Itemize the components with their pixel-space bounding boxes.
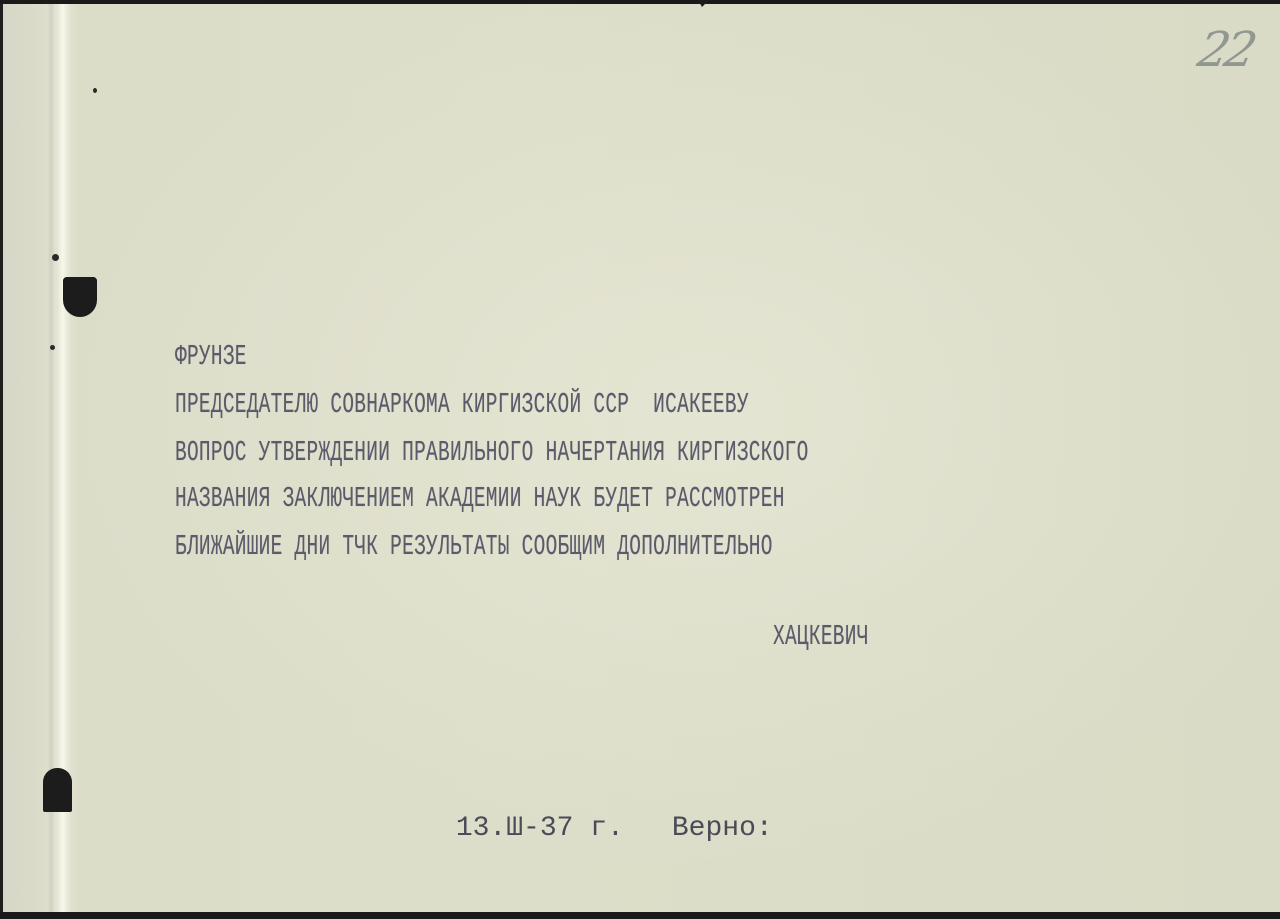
staple-puncture-icon: [93, 88, 97, 93]
binding-hole-icon: [43, 768, 72, 812]
signature: ХАЦКЕВИЧ: [773, 624, 869, 652]
scan-bottom-edge: [0, 912, 1280, 919]
binding-hole-icon: [63, 277, 97, 317]
body-line: ВОПРОС УТВЕРЖДЕНИИ ПРАВИЛЬНОГО НАЧЕРТАНИ…: [175, 440, 809, 468]
addressee-line: ПРЕДСЕДАТЕЛЮ СОВНАРКОМА КИРГИЗСКОЙ ССР И…: [175, 392, 749, 420]
document-footer: 13.Ш-37 г.Верно:: [355, 782, 773, 875]
staple-puncture-icon: [52, 254, 59, 261]
folio-number: 22: [1193, 22, 1258, 78]
destination-city: ФРУНЗЕ: [175, 344, 247, 372]
body-line: НАЗВАНИЯ ЗАКЛЮЧЕНИЕМ АКАДЕМИИ НАУК БУДЕТ…: [175, 486, 785, 514]
certification-label: Верно:: [672, 813, 773, 844]
paper-sheet: 22 ФРУНЗЕ ПРЕДСЕДАТЕЛЮ СОВНАРКОМА КИРГИЗ…: [3, 4, 1280, 912]
body-line: БЛИЖАЙШИЕ ДНИ ТЧК РЕЗУЛЬТАТЫ СООБЩИМ ДОП…: [175, 534, 773, 562]
scanned-document: 22 ФРУНЗЕ ПРЕДСЕДАТЕЛЮ СОВНАРКОМА КИРГИЗ…: [0, 0, 1280, 919]
paper-notch: [698, 0, 709, 7]
document-date: 13.Ш-37 г.: [456, 813, 624, 844]
staple-puncture-icon: [50, 345, 55, 350]
